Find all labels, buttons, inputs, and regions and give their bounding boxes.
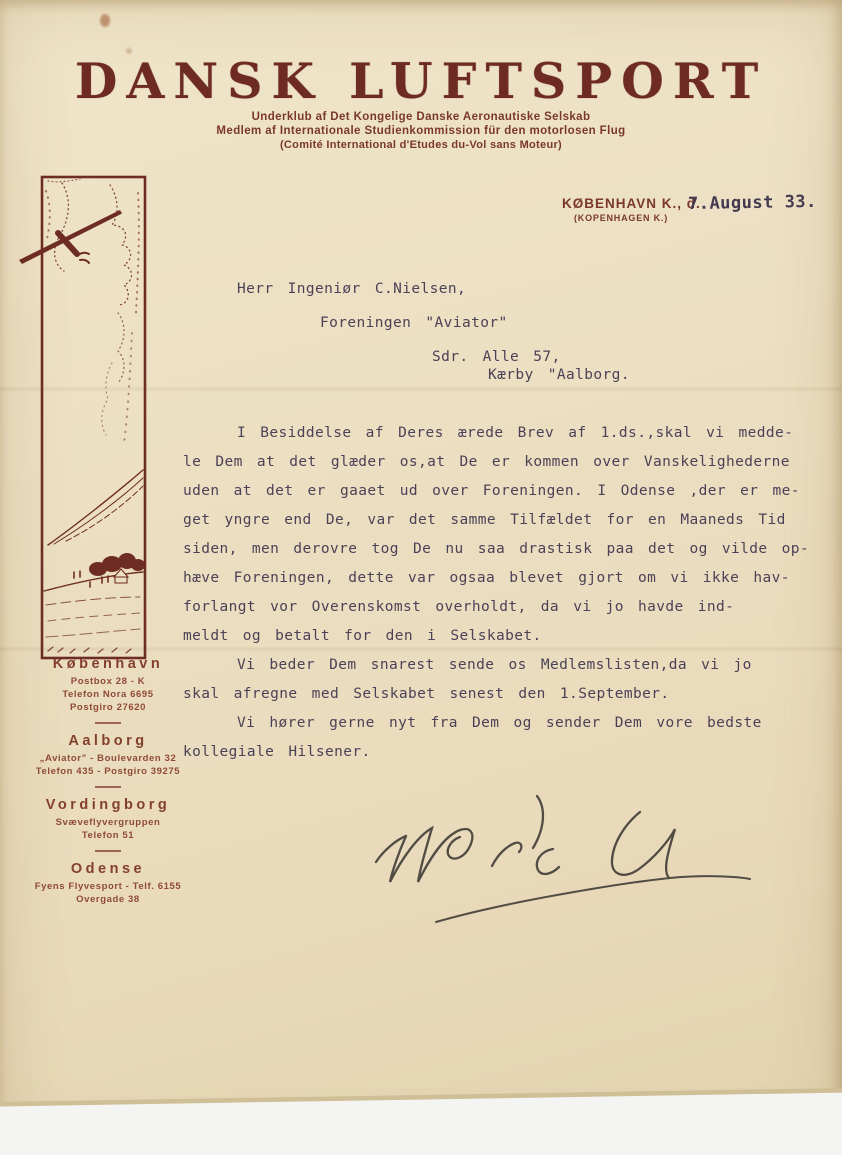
recipient-organization: Foreningen "Aviator" (320, 315, 508, 331)
office-city: Vordingborg (20, 797, 196, 813)
divider (95, 850, 121, 852)
letter-paper: DANSK LUFTSPORT Underklub af Det Kongeli… (0, 0, 842, 1155)
body-line: hæve Foreningen, dette var ogsaa blevet … (183, 564, 823, 593)
body-line: kollegiale Hilsener. (183, 738, 823, 767)
body-line: skal afregne med Selskabet senest den 1.… (183, 680, 823, 709)
recipient-city: Kærby "Aalborg. (488, 367, 630, 383)
body-line: get yngre end De, var det samme Tilfælde… (183, 506, 823, 535)
paper-stain (100, 14, 110, 27)
office-detail: „Aviator” - Boulevarden 32 (20, 752, 196, 765)
body-line: siden, men derovre tog De nu saa drastis… (183, 535, 823, 564)
office-vordingborg: Vordingborg Svæveflyvergruppen Telefon 5… (20, 797, 196, 842)
body-line: forlangt vor Overenskomst overholdt, da … (183, 593, 823, 622)
letterhead-subtitle-1: Underklub af Det Kongelige Danske Aerona… (0, 111, 842, 123)
dateline-place-alt: (KOPENHAGEN K.) (574, 213, 668, 223)
office-odense: Odense Fyens Flyvesport - Telf. 6155 Ove… (20, 861, 196, 906)
body-line: le Dem at det glæder os,at De er kommen … (183, 448, 823, 477)
scanned-letter-page: { "letterhead": { "title": "DANSK LUFTSP… (0, 0, 842, 1155)
letterhead-subtitle-3: (Comité International d'Etudes du-Vol sa… (0, 139, 842, 151)
office-detail: Overgade 38 (20, 893, 196, 906)
divider (95, 786, 121, 788)
body-line: uden at det er gaaet ud over Foreningen.… (183, 477, 823, 506)
recipient-name: Herr Ingeniør C.Nielsen, (237, 281, 466, 297)
office-city: Odense (20, 861, 196, 877)
body-line: meldt og betalt for den i Selskabet. (183, 622, 823, 651)
office-detail: Telefon Nora 6695 (20, 688, 196, 701)
office-detail: Svæveflyvergruppen (20, 816, 196, 829)
letter-body: I Besiddelse af Deres ærede Brev af 1.ds… (183, 419, 823, 767)
body-line: Vi beder Dem snarest sende os Medlemslis… (183, 651, 823, 680)
office-detail: Postgiro 27620 (20, 701, 196, 714)
recipient-street: Sdr. Alle 57, (432, 349, 561, 365)
office-aalborg: Aalborg „Aviator” - Boulevarden 32 Telef… (20, 733, 196, 778)
office-detail: Telefon 51 (20, 829, 196, 842)
divider (95, 722, 121, 724)
typed-date: 7.August 33. (688, 192, 817, 214)
office-address-list: København Postbox 28 - K Telefon Nora 66… (20, 656, 196, 906)
body-line: Vi hører gerne nyt fra Dem og sender Dem… (183, 709, 823, 738)
office-city: Aalborg (20, 733, 196, 749)
office-detail: Telefon 435 - Postgiro 39275 (20, 765, 196, 778)
signature-morch (340, 770, 780, 955)
glider-illustration (14, 173, 166, 665)
body-line: I Besiddelse af Deres ærede Brev af 1.ds… (183, 419, 823, 448)
office-detail: Fyens Flyvesport - Telf. 6155 (20, 880, 196, 893)
office-detail: Postbox 28 - K (20, 675, 196, 688)
dateline-place: KØBENHAVN K., d. (562, 196, 701, 211)
letterhead-title: DANSK LUFTSPORT (0, 52, 842, 110)
letterhead-subtitle-2: Medlem af Internationale Studienkommissi… (0, 125, 842, 137)
